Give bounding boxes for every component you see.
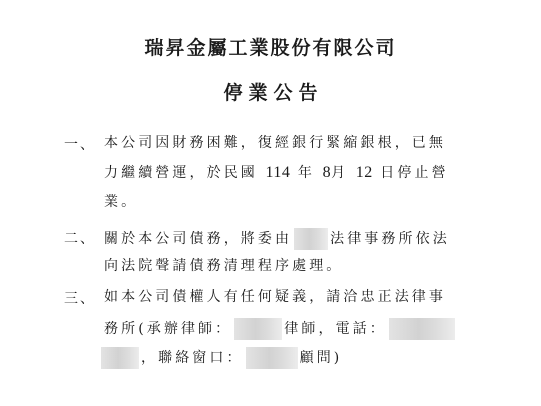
redacted-phone [389, 318, 455, 340]
redacted-phone-continued [101, 347, 139, 369]
company-name: 瑞昇金屬工業股份有限公司 [0, 33, 541, 60]
item-1-line-2: 力繼續營運，於民國 114 年 8月 12 日停止營 [104, 164, 449, 182]
item-marker: 二、 [64, 228, 96, 248]
day-value: 12 [356, 164, 373, 181]
item-marker: 一、 [64, 134, 96, 154]
month-value: 8 [323, 164, 332, 181]
item-1-line-3: 業。 [104, 193, 138, 211]
item-3-line-2: 務所(承辦律師：律師，電話： [104, 318, 457, 340]
item-3-line-3: ，聯絡窗口：顧問) [101, 347, 342, 369]
item-2-line-1: 關於本公司債務，將委由法律事務所依法 [104, 228, 450, 250]
item-marker: 三、 [64, 288, 96, 308]
item-1-line-1: 本公司因財務困難，復經銀行緊縮銀根，已無 [104, 134, 446, 152]
item-2-line-2: 向法院聲請債務清理程序處理。 [104, 257, 343, 275]
redacted-lawyer-name [234, 318, 282, 340]
redacted-contact-name [246, 347, 298, 369]
year-value: 114 [265, 164, 290, 181]
redacted-law-firm [294, 228, 328, 250]
item-3-line-1: 如本公司債權人有任何疑義，請洽忠正法律事 [104, 288, 446, 306]
notice-title: 停業公告 [0, 78, 541, 105]
